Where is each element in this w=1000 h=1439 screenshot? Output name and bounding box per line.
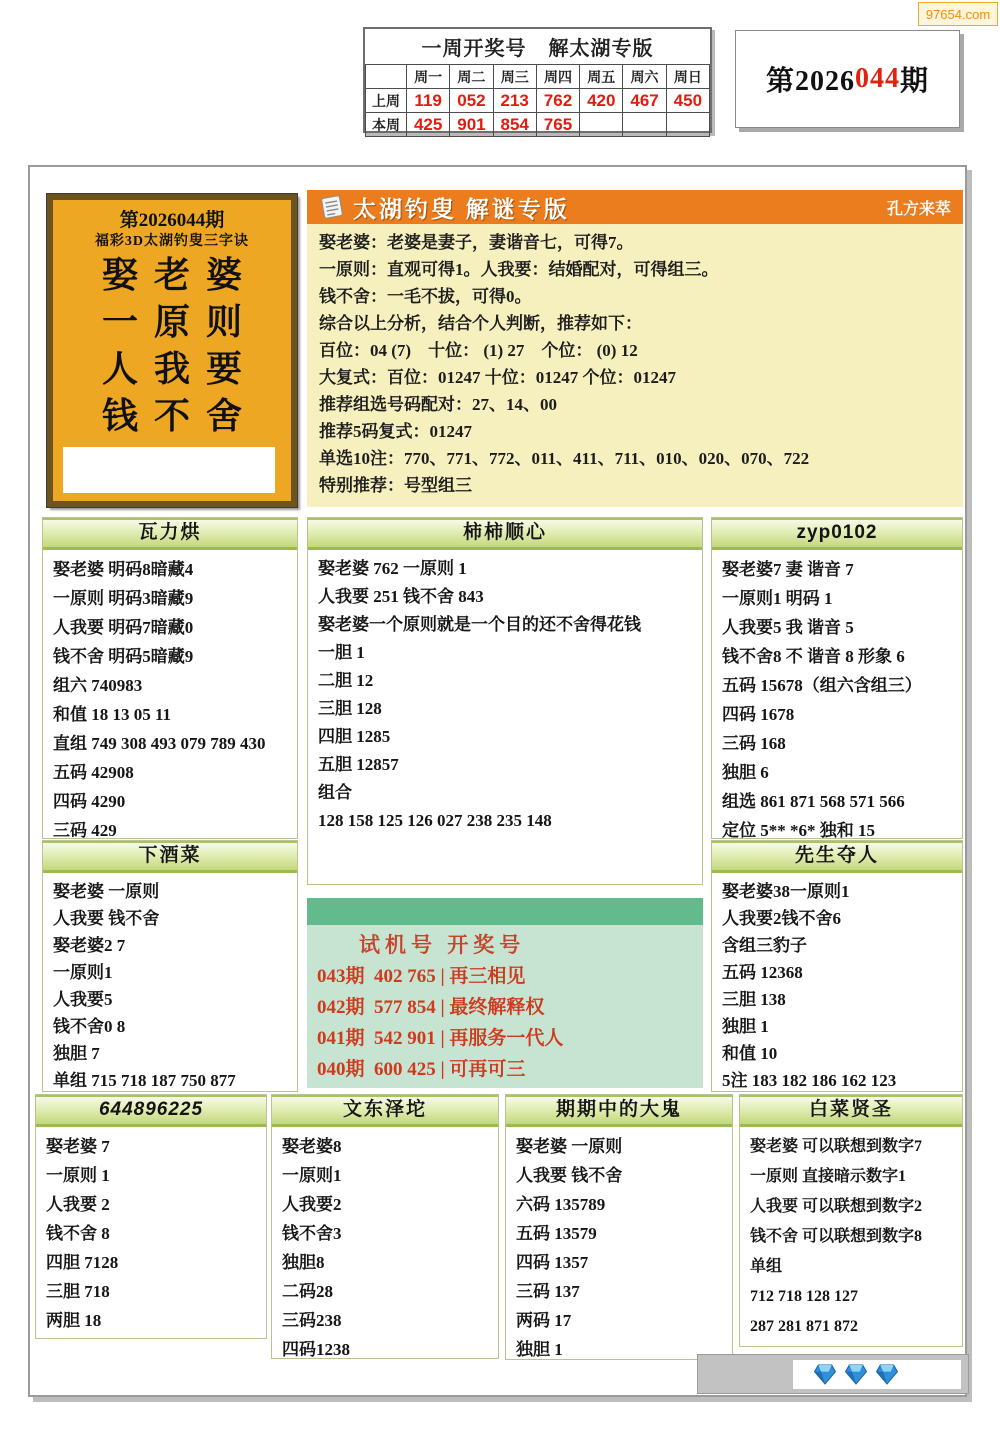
draw-number-cell: 420 [580, 89, 623, 113]
box-header: 白菜贤圣 [740, 1095, 962, 1127]
issue-highlight: 044 [855, 63, 900, 95]
text-line: 三码238 [282, 1306, 488, 1335]
draw-number-cell: 765 [536, 113, 579, 137]
box-header: 先生夺人 [712, 841, 962, 873]
main-container: 第2026044期 福彩3D太湖钓叟三字诀 娶老婆 一原则 人我要 钱不舍 太湖… [28, 165, 967, 1397]
text-line: 四码 1678 [722, 700, 952, 729]
trial-title: 试机号 开奖号 [317, 929, 703, 961]
text-line: 五码 13579 [516, 1219, 722, 1248]
issue-suffix: 期 [900, 59, 929, 99]
text-line: 三码 137 [516, 1277, 722, 1306]
text-line: 钱不舍 明码5暗藏9 [53, 642, 287, 671]
box-xiansheng: 先生夺人 娶老婆38一原则1 人我要2钱不舍6 含组三豹子 五码 12368 三… [711, 840, 963, 1092]
text-line: 五码 12368 [722, 959, 952, 986]
text-line: 人我要 2 [46, 1190, 256, 1219]
box-shishi: 柿柿顺心 娶老婆 762 一原则 1 人我要 251 钱不舍 843 娶老婆一个… [307, 517, 703, 885]
notepad-icon [319, 194, 345, 220]
table-row: 周一 周二 周三 周四 周五 周六 周日 [366, 65, 710, 89]
analysis-line: 娶老婆：老婆是妻子，妻谐音七，可得7。 [319, 229, 951, 256]
text-line: 四胆 7128 [46, 1248, 256, 1277]
text-line: 两胆 18 [46, 1306, 256, 1335]
plaque-subtitle: 福彩3D太湖钓叟三字诀 [53, 232, 291, 252]
plaque-riddle-line: 娶老婆 [53, 252, 291, 299]
text-line: 三胆 138 [722, 986, 952, 1013]
table-row: 上周 119 052 213 762 420 467 450 [366, 89, 710, 113]
text-line: 和值 10 [722, 1040, 952, 1067]
diamond-box [793, 1360, 961, 1389]
box-body: 娶老婆38一原则1 人我要2钱不舍6 含组三豹子 五码 12368 三胆 138… [712, 873, 962, 1099]
day-header-cell: 周四 [536, 65, 579, 89]
week-table-title: 一周开奖号 解太湖专版 [365, 29, 710, 61]
analysis-line: 百位：04 (7) 十位： (1) 27 个位： (0) 12 [319, 337, 951, 364]
text-line: 组六 740983 [53, 671, 287, 700]
draw-number-cell: 467 [623, 89, 666, 113]
text-line: 钱不舍0 8 [53, 1013, 287, 1040]
text-line: 人我要 可以联想到数字2 [750, 1192, 952, 1222]
text-line: 三胆 128 [318, 695, 692, 723]
page: { "watermark": { "text": "97654.com" }, … [0, 0, 1000, 1439]
trial-header-bar [307, 898, 703, 925]
box-trial-numbers: 试机号 开奖号 043期 402 765 | 再三相见 042期 577 854… [307, 898, 703, 1088]
text-line: 娶老婆 7 [46, 1132, 256, 1161]
draw-number-cell [580, 113, 623, 137]
text-line: 两码 17 [516, 1306, 722, 1335]
analysis-line: 一原则：直观可得1。人我要：结婚配对，可得组三。 [319, 256, 951, 283]
draw-number-cell [623, 113, 666, 137]
box-header: 柿柿顺心 [308, 518, 702, 550]
text-line: 钱不舍 可以联想到数字8 [750, 1222, 952, 1252]
watermark-text: 97654.com [926, 7, 990, 22]
box-zyp0102: zyp0102 娶老婆7 妻 谐音 7 一原则1 明码 1 人我要5 我 谐音 … [711, 517, 963, 839]
plaque-riddle-line: 钱不舍 [53, 393, 291, 440]
text-line: 五胆 12857 [318, 751, 692, 779]
text-line: 独胆 1 [722, 1013, 952, 1040]
text-line: 人我要5 我 谐音 5 [722, 613, 952, 642]
trial-line: 040期 600 425 | 可再可三 [317, 1054, 703, 1085]
text-line: 一原则 明码3暗藏9 [53, 584, 287, 613]
day-header-cell: 周五 [580, 65, 623, 89]
trial-body: 试机号 开奖号 043期 402 765 | 再三相见 042期 577 854… [307, 925, 703, 1088]
draw-number-cell: 052 [450, 89, 493, 113]
trial-line: 041期 542 901 | 再服务一代人 [317, 1023, 703, 1054]
main-header-bar: 太湖钓叟 解谜专版 孔方来萃 [307, 190, 963, 224]
draw-number-cell: 450 [666, 89, 709, 113]
analysis-line: 钱不舍：一毛不拔，可得0。 [319, 283, 951, 310]
analysis-line: 特别推荐：号型组三 [319, 472, 951, 499]
issue-number-box: 第2026044期 [735, 30, 960, 128]
text-line: 娶老婆 762 一原则 1 [318, 555, 692, 583]
text-line: 娶老婆2 7 [53, 932, 287, 959]
text-line: 直组 749 308 493 079 789 430 [53, 729, 287, 758]
text-line: 四胆 1285 [318, 723, 692, 751]
box-body: 娶老婆 7 一原则 1 人我要 2 钱不舍 8 四胆 7128 三胆 718 两… [36, 1127, 266, 1340]
box-body: 娶老婆 可以联想到数字7 一原则 直接暗示数字1 人我要 可以联想到数字2 钱不… [740, 1127, 962, 1347]
corner-cell [366, 65, 407, 89]
diamond-icon [813, 1364, 837, 1385]
analysis-panel: 娶老婆：老婆是妻子，妻谐音七，可得7。 一原则：直观可得1。人我要：结婚配对，可… [307, 224, 963, 507]
footer-bar [697, 1354, 969, 1394]
text-line: 五码 15678（组六含组三） [722, 671, 952, 700]
day-header-cell: 周一 [407, 65, 450, 89]
text-line: 娶老婆 一原则 [516, 1132, 722, 1161]
text-line: 娶老婆 一原则 [53, 878, 287, 905]
draw-number-cell: 213 [493, 89, 536, 113]
box-header: 下酒菜 [43, 841, 297, 873]
text-line: 人我要2 [282, 1190, 488, 1219]
main-header-corner: 孔方来萃 [887, 196, 951, 219]
day-header-cell: 周二 [450, 65, 493, 89]
week-table-box: 一周开奖号 解太湖专版 周一 周二 周三 周四 周五 周六 周日 上周 119 … [363, 27, 712, 133]
text-line: 三胆 718 [46, 1277, 256, 1306]
draw-number-cell: 119 [407, 89, 450, 113]
text-line: 人我要5 [53, 986, 287, 1013]
text-line: 人我要2钱不舍6 [722, 905, 952, 932]
text-line: 人我要 钱不舍 [53, 905, 287, 932]
text-line: 钱不舍 8 [46, 1219, 256, 1248]
text-line: 六码 135789 [516, 1190, 722, 1219]
box-header: 期期中的大鬼 [506, 1095, 732, 1127]
draw-number-cell: 762 [536, 89, 579, 113]
plaque-riddle-line: 人我要 [53, 346, 291, 393]
text-line: 含组三豹子 [722, 932, 952, 959]
text-line: 娶老婆 明码8暗藏4 [53, 555, 287, 584]
text-line: 单组 715 718 187 750 877 [53, 1067, 287, 1094]
text-line: 组合 [318, 779, 692, 807]
issue-prefix: 第2026 [766, 59, 855, 99]
box-header: 644896225 [36, 1095, 266, 1127]
diamond-icon [875, 1364, 899, 1385]
box-wendong: 文东泽坨 娶老婆8 一原则1 人我要2 钱不舍3 独胆8 二码28 三码238 … [271, 1094, 499, 1359]
text-line: 组选 861 871 568 571 566 [722, 787, 952, 816]
text-line: 钱不舍8 不 谐音 8 形象 6 [722, 642, 952, 671]
box-body: 娶老婆 一原则 人我要 钱不舍 六码 135789 五码 13579 四码 13… [506, 1127, 732, 1369]
text-line: 四码1238 [282, 1335, 488, 1364]
text-line: 一原则1 [282, 1161, 488, 1190]
text-line: 5注 183 182 186 162 123 [722, 1067, 952, 1094]
box-baicai: 白菜贤圣 娶老婆 可以联想到数字7 一原则 直接暗示数字1 人我要 可以联想到数… [739, 1094, 963, 1347]
text-line: 一原则1 明码 1 [722, 584, 952, 613]
draw-number-cell [666, 113, 709, 137]
text-line: 钱不舍3 [282, 1219, 488, 1248]
text-line: 人我要 钱不舍 [516, 1161, 722, 1190]
plaque-issue: 第2026044期 [53, 200, 291, 232]
box-xiajiucai: 下酒菜 娶老婆 一原则 人我要 钱不舍 娶老婆2 7 一原则1 人我要5 钱不舍… [42, 840, 298, 1092]
box-body: 娶老婆7 妻 谐音 7 一原则1 明码 1 人我要5 我 谐音 5 钱不舍8 不… [712, 550, 962, 850]
text-line: 人我要 251 钱不舍 843 [318, 583, 692, 611]
text-line: 独胆 1 [516, 1335, 722, 1364]
text-line: 独胆 7 [53, 1040, 287, 1067]
text-line: 娶老婆一个原则就是一个目的还不舍得花钱 [318, 611, 692, 639]
text-line: 四码 1357 [516, 1248, 722, 1277]
text-line: 和值 18 13 05 11 [53, 700, 287, 729]
text-line: 独胆 6 [722, 758, 952, 787]
text-line: 二码28 [282, 1277, 488, 1306]
text-line: 独胆8 [282, 1248, 488, 1277]
box-qiqi: 期期中的大鬼 娶老婆 一原则 人我要 钱不舍 六码 135789 五码 1357… [505, 1094, 733, 1360]
gold-plaque: 第2026044期 福彩3D太湖钓叟三字诀 娶老婆 一原则 人我要 钱不舍 [47, 194, 297, 507]
analysis-line: 推荐5码复式：01247 [319, 418, 951, 445]
row-label-cell: 本周 [366, 113, 407, 137]
trial-line: 043期 402 765 | 再三相见 [317, 961, 703, 992]
text-line: 四码 4290 [53, 787, 287, 816]
row-label-cell: 上周 [366, 89, 407, 113]
draw-number-cell: 901 [450, 113, 493, 137]
text-line: 娶老婆7 妻 谐音 7 [722, 555, 952, 584]
text-line: 五码 42908 [53, 758, 287, 787]
trial-line: 042期 577 854 | 最终解释权 [317, 992, 703, 1023]
box-644896225: 644896225 娶老婆 7 一原则 1 人我要 2 钱不舍 8 四胆 712… [35, 1094, 267, 1339]
main-header-title: 太湖钓叟 解谜专版 [353, 191, 570, 224]
text-line: 娶老婆 可以联想到数字7 [750, 1132, 952, 1162]
week-table: 周一 周二 周三 周四 周五 周六 周日 上周 119 052 213 762 … [365, 64, 710, 137]
text-line: 一胆 1 [318, 639, 692, 667]
analysis-line: 推荐组选号码配对：27、14、00 [319, 391, 951, 418]
text-line: 128 158 125 126 027 238 235 148 [318, 807, 692, 835]
text-line: 人我要 明码7暗藏0 [53, 613, 287, 642]
draw-number-cell: 854 [493, 113, 536, 137]
day-header-cell: 周日 [666, 65, 709, 89]
analysis-line: 大复式：百位：01247 十位：01247 个位：01247 [319, 364, 951, 391]
text-line: 一原则 1 [46, 1161, 256, 1190]
box-body: 娶老婆 明码8暗藏4 一原则 明码3暗藏9 人我要 明码7暗藏0 钱不舍 明码5… [43, 550, 297, 850]
site-watermark: 97654.com [918, 2, 998, 26]
text-line: 一原则1 [53, 959, 287, 986]
table-row: 本周 425 901 854 765 [366, 113, 710, 137]
day-header-cell: 周三 [493, 65, 536, 89]
week-table-title-right: 解太湖专版 [549, 32, 654, 61]
box-wali: 瓦力烘 娶老婆 明码8暗藏4 一原则 明码3暗藏9 人我要 明码7暗藏0 钱不舍… [42, 517, 298, 839]
box-body: 娶老婆 一原则 人我要 钱不舍 娶老婆2 7 一原则1 人我要5 钱不舍0 8 … [43, 873, 297, 1099]
text-line: 娶老婆8 [282, 1132, 488, 1161]
week-table-title-left: 一周开奖号 [422, 32, 527, 61]
text-line: 三码 168 [722, 729, 952, 758]
text-line: 娶老婆38一原则1 [722, 878, 952, 905]
text-line: 287 281 871 872 [750, 1312, 952, 1342]
text-line: 712 718 128 127 [750, 1282, 952, 1312]
draw-number-cell: 425 [407, 113, 450, 137]
day-header-cell: 周六 [623, 65, 666, 89]
box-header: 文东泽坨 [272, 1095, 498, 1127]
box-body: 娶老婆 762 一原则 1 人我要 251 钱不舍 843 娶老婆一个原则就是一… [308, 550, 702, 840]
plaque-riddle-line: 一原则 [53, 299, 291, 346]
box-body: 娶老婆8 一原则1 人我要2 钱不舍3 独胆8 二码28 三码238 四码123… [272, 1127, 498, 1369]
text-line: 单组 [750, 1252, 952, 1282]
analysis-line: 综合以上分析，结合个人判断，推荐如下： [319, 310, 951, 337]
plaque-blank-area [63, 447, 275, 493]
text-line: 一原则 直接暗示数字1 [750, 1162, 952, 1192]
analysis-line: 单选10注：770、771、772、011、411、711、010、020、07… [319, 445, 951, 472]
box-header: zyp0102 [712, 518, 962, 550]
diamond-icon [844, 1364, 868, 1385]
text-line: 二胆 12 [318, 667, 692, 695]
box-header: 瓦力烘 [43, 518, 297, 550]
